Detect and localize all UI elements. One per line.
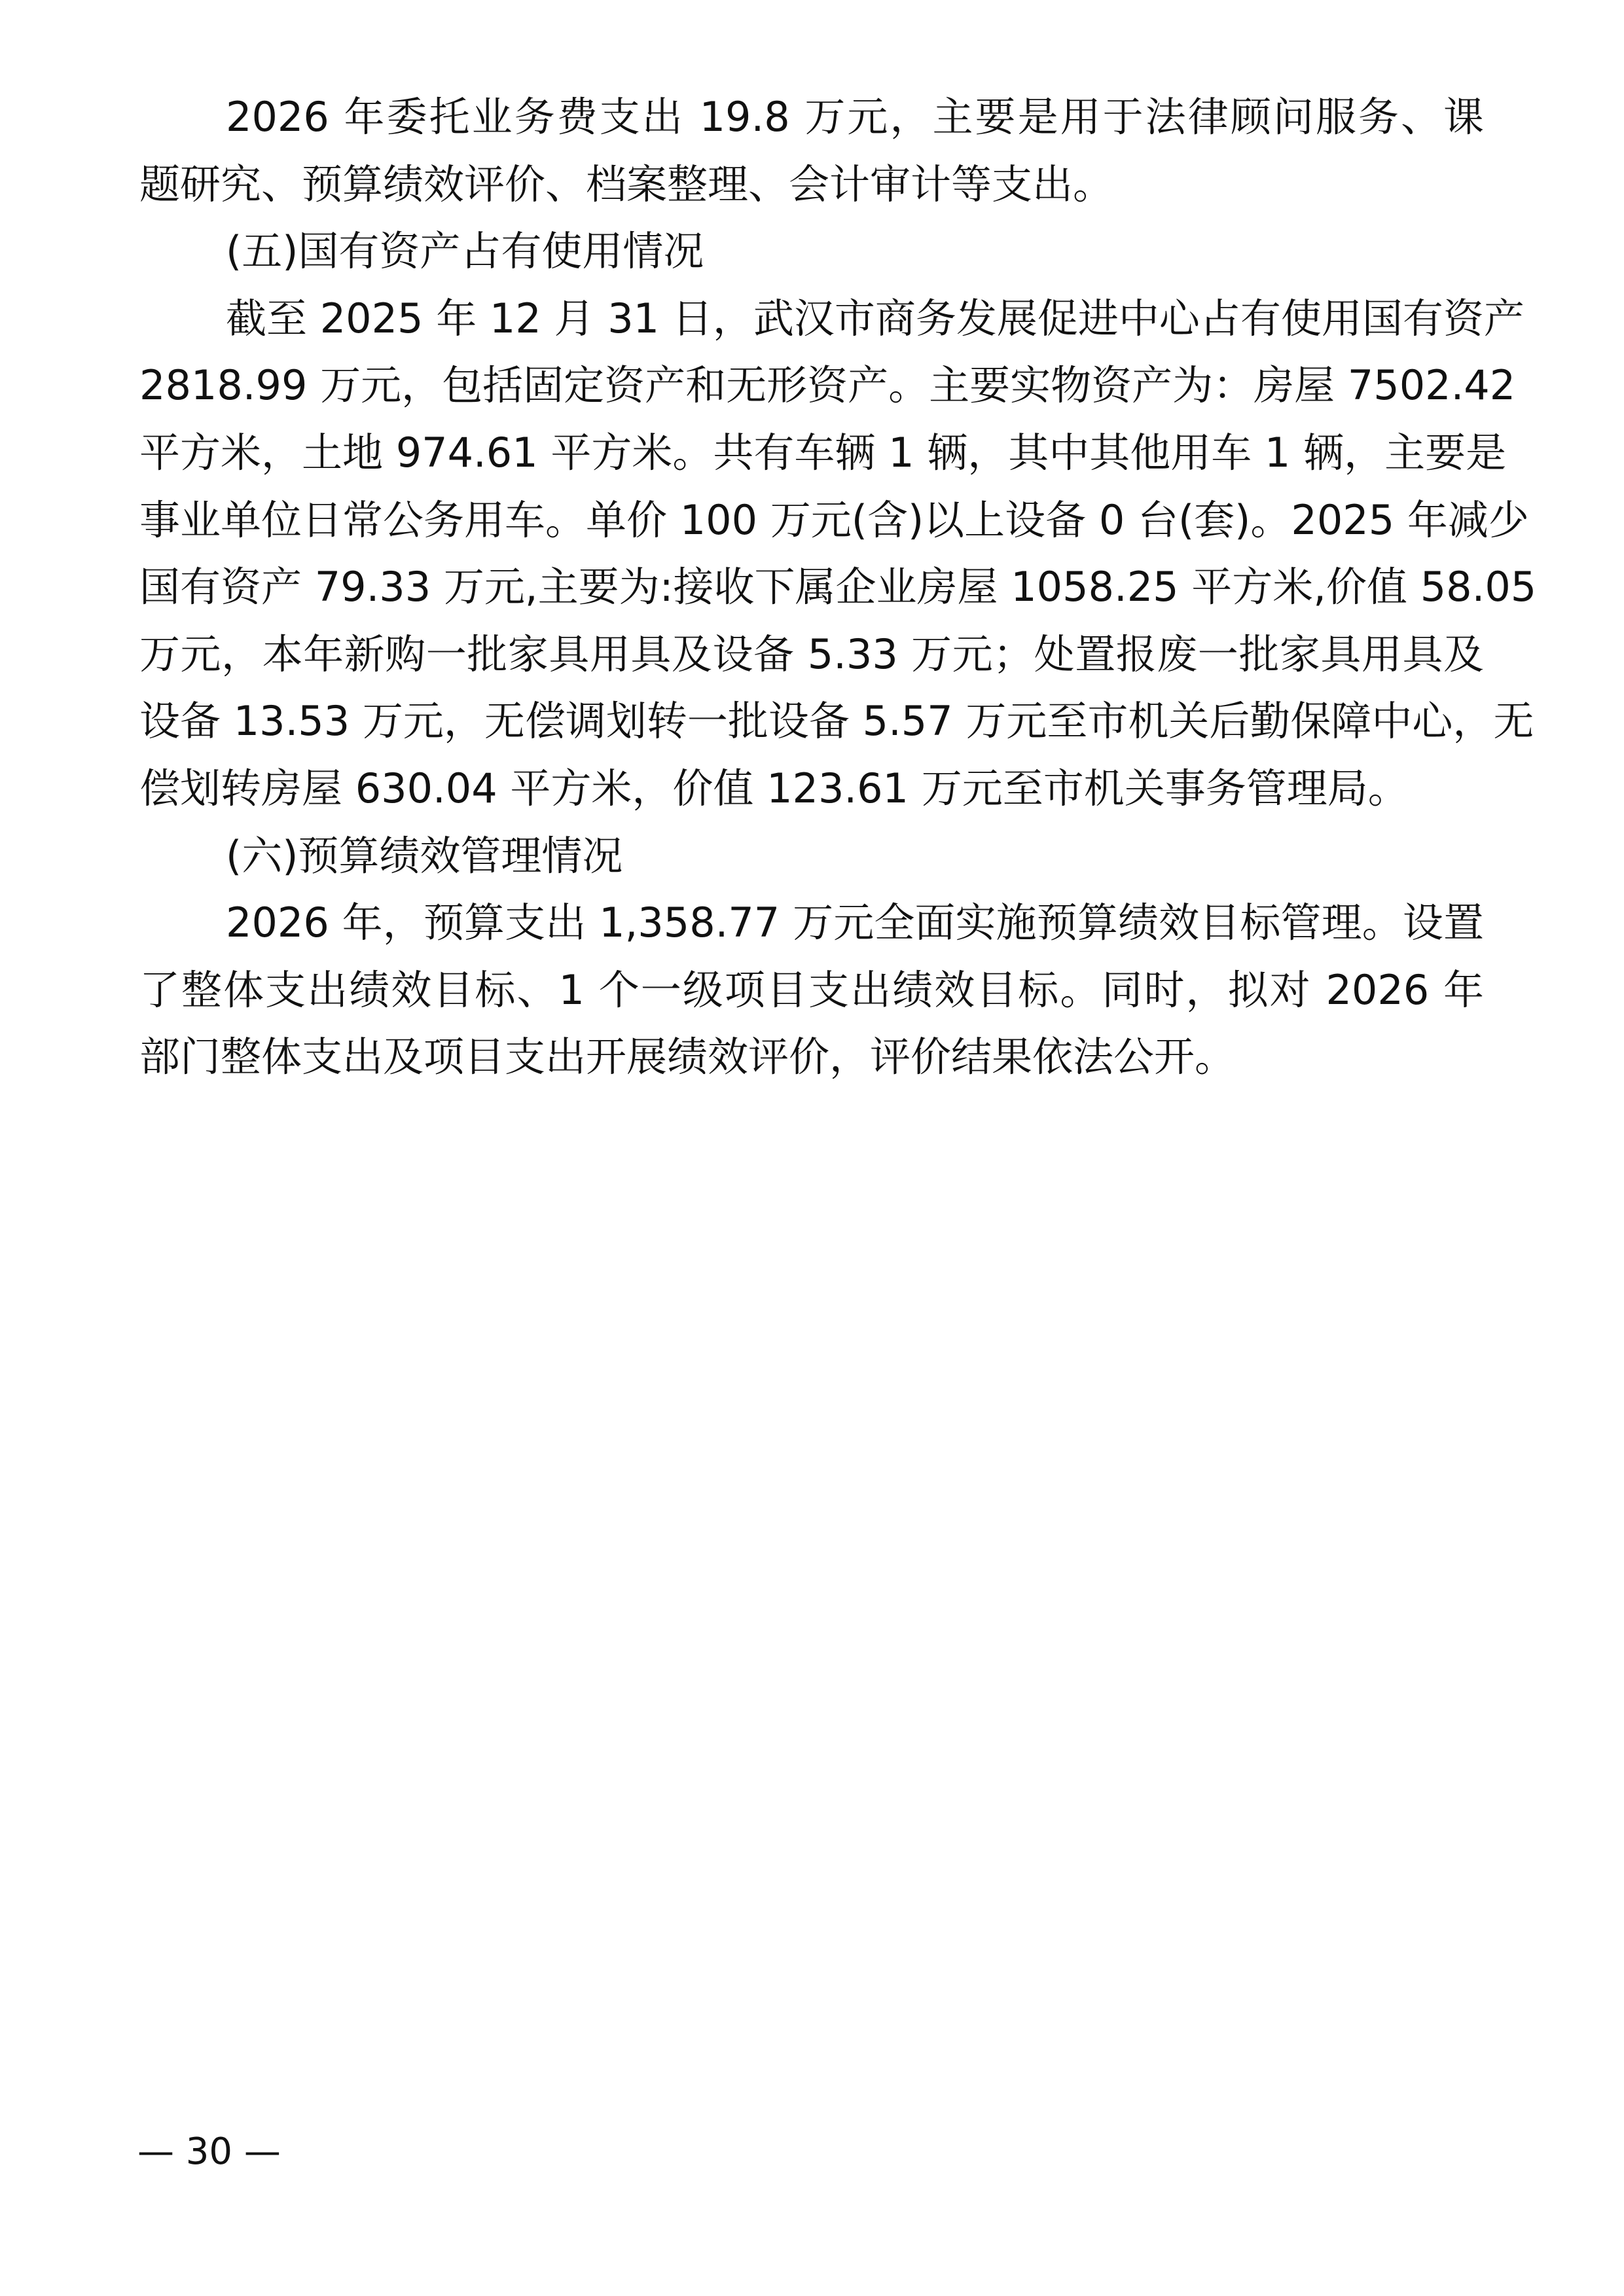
text-line: 万元，本年新购一批家具用具及设备 5.33 万元；处置报废一批家具用具及 (139, 621, 1484, 689)
text-line: 2026 年委托业务费支出 19.8 万元，主要是用于法律顾问服务、课 (139, 84, 1484, 151)
text-line: 了整体支出绩效目标、1 个一级项目支出绩效目标。同时，拟对 2026 年 (139, 957, 1484, 1024)
text-line: 2818.99 万元，包括固定资产和无形资产。主要实物资产为：房屋 7502.4… (139, 352, 1484, 420)
text-line: 题研究、预算绩效评价、档案整理、会计审计等支出。 (139, 151, 1484, 219)
text-line: 截至 2025 年 12 月 31 日，武汉市商务发展促进中心占有使用国有资产 (139, 285, 1484, 353)
body-text: 2026 年委托业务费支出 19.8 万元，主要是用于法律顾问服务、课 题研究、… (139, 84, 1484, 1091)
text-line: 设备 13.53 万元，无偿调划转一批设备 5.57 万元至市机关后勤保障中心，… (139, 688, 1484, 755)
paragraph-performance-management: 2026 年，预算支出 1,358.77 万元全面实施预算绩效目标管理。设置 了… (139, 889, 1484, 1091)
paragraph-state-assets: 截至 2025 年 12 月 31 日，武汉市商务发展促进中心占有使用国有资产 … (139, 285, 1484, 823)
text-line: 2026 年，预算支出 1,358.77 万元全面实施预算绩效目标管理。设置 (139, 889, 1484, 957)
document-page: 2026 年委托业务费支出 19.8 万元，主要是用于法律顾问服务、课 题研究、… (0, 0, 1624, 2296)
paragraph-commission-fees: 2026 年委托业务费支出 19.8 万元，主要是用于法律顾问服务、课 题研究、… (139, 84, 1484, 218)
text-line: 国有资产 79.33 万元,主要为:接收下属企业房屋 1058.25 平方米,价… (139, 554, 1484, 621)
section-heading-performance-management: (六)预算绩效管理情况 (139, 823, 1484, 890)
text-line: 部门整体支出及项目支出开展绩效评价，评价结果依法公开。 (139, 1024, 1484, 1091)
text-line: 事业单位日常公务用车。单价 100 万元(含)以上设备 0 台(套)。2025 … (139, 487, 1484, 554)
text-line: 平方米，土地 974.61 平方米。共有车辆 1 辆，其中其他用车 1 辆，主要… (139, 420, 1484, 487)
heading-line: (五)国有资产占有使用情况 (139, 218, 1484, 285)
heading-line: (六)预算绩效管理情况 (139, 823, 1484, 890)
text-line: 偿划转房屋 630.04 平方米，价值 123.61 万元至市机关事务管理局。 (139, 755, 1484, 823)
section-heading-state-assets: (五)国有资产占有使用情况 (139, 218, 1484, 285)
page-number: — 30 — (137, 2132, 281, 2172)
